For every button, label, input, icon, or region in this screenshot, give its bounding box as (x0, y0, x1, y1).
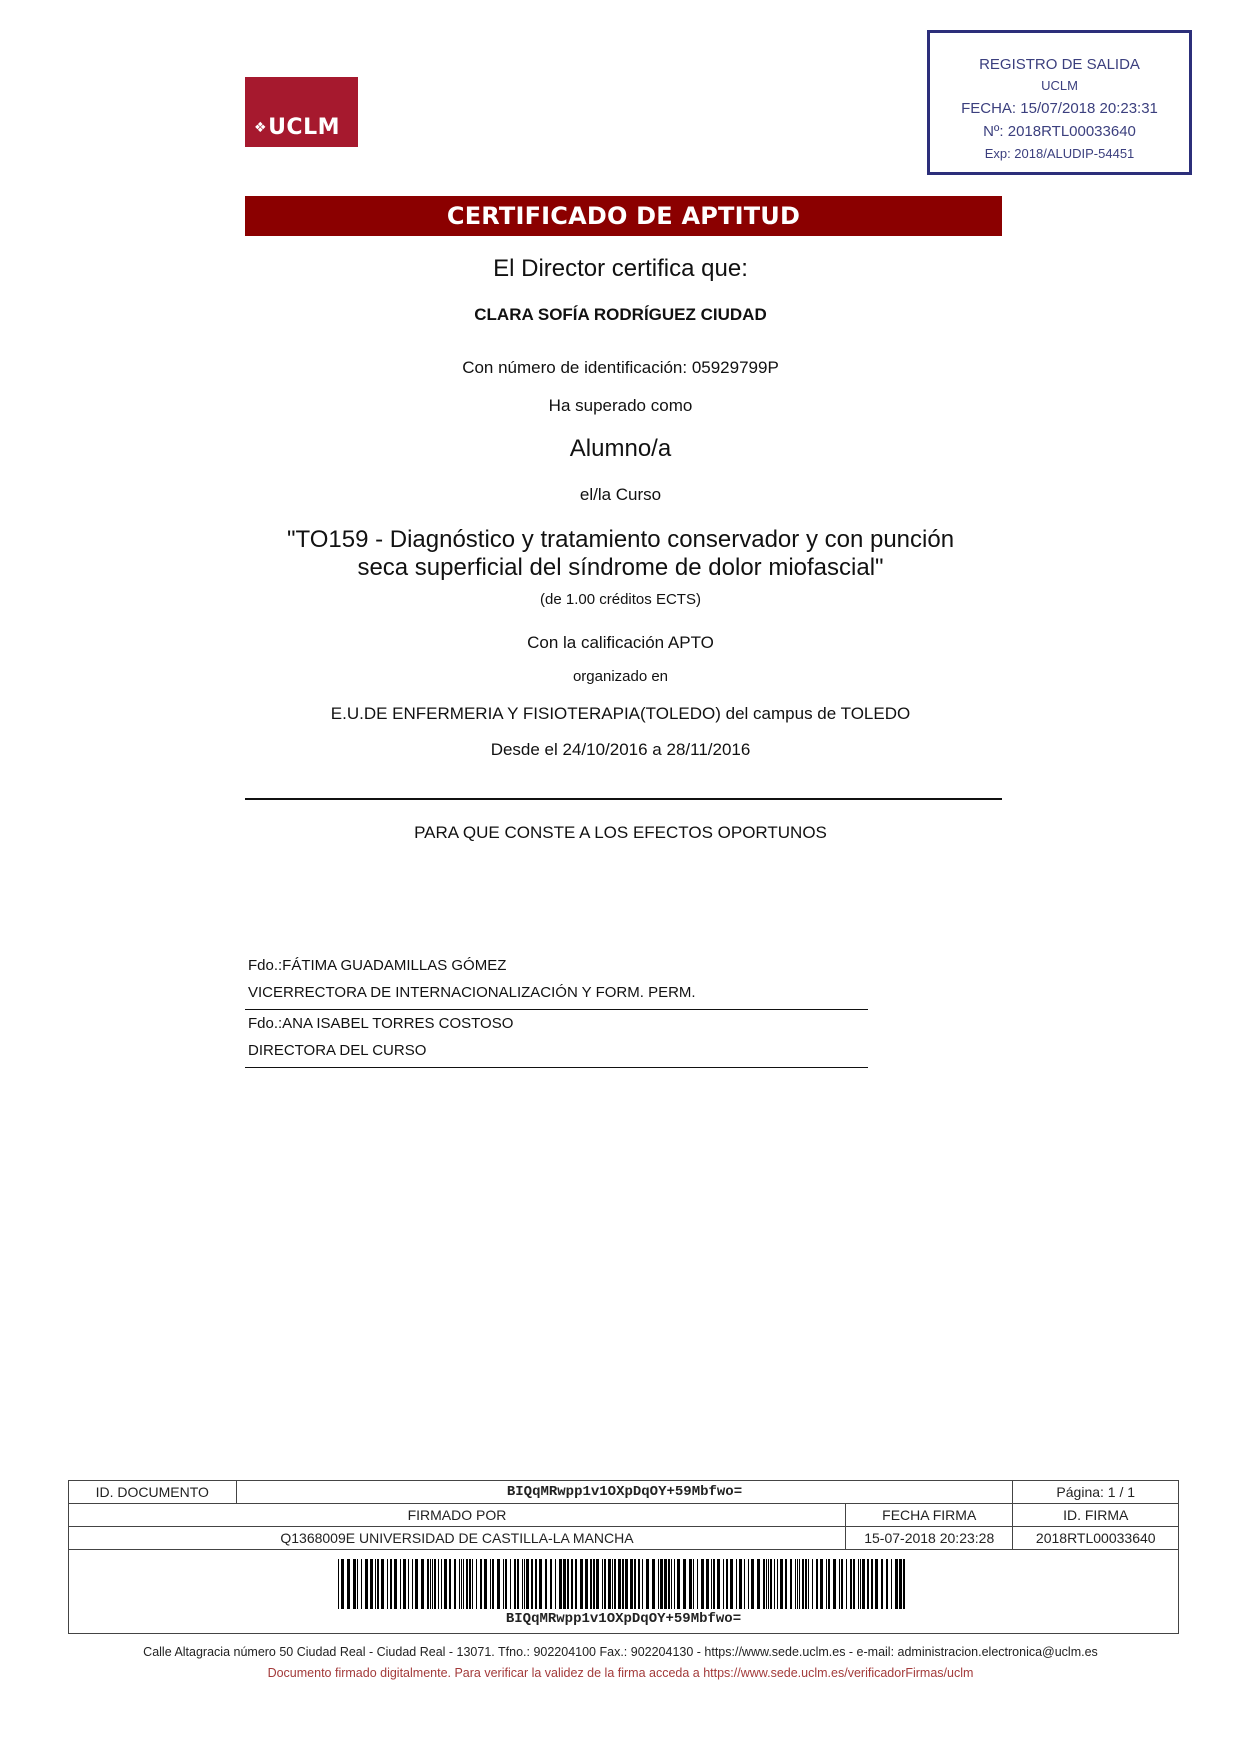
registro-expediente: Exp: 2018/ALUDIP-54451 (930, 147, 1189, 160)
barcode-text: BIQqMRwpp1v1OXpDqOY+59Mbfwo= (69, 1611, 1178, 1627)
signatory-1-role: VICERRECTORA DE INTERNACIONALIZACIÓN Y F… (248, 984, 696, 1001)
grade: Con la calificación APTO (0, 633, 1241, 653)
registro-org: UCLM (930, 79, 1189, 92)
uclm-emblem-icon: ❖ (254, 120, 267, 136)
signatory-2-role: DIRECTORA DEL CURSO (248, 1042, 426, 1059)
signatory-2-name: Fdo.:ANA ISABEL TORRES COSTOSO (248, 1015, 513, 1032)
course-label: el/la Curso (0, 485, 1241, 505)
registro-salida-stamp: REGISTRO DE SALIDA UCLM FECHA: 15/07/201… (927, 30, 1192, 175)
id-documento-value: BIQqMRwpp1v1OXpDqOY+59Mbfwo= (236, 1481, 1013, 1504)
divider (245, 798, 1002, 800)
firmado-por-value: Q1368009E UNIVERSIDAD DE CASTILLA-LA MAN… (69, 1527, 846, 1550)
identification-number: Con número de identificación: 05929799P (0, 358, 1241, 378)
logo-wordmark: ❖UCLM (254, 115, 340, 140)
certificate-title-banner: CERTIFICADO DE APTITUD (245, 196, 1002, 236)
fecha-firma-label: FECHA FIRMA (845, 1504, 1013, 1527)
signature-divider (245, 1067, 868, 1068)
page-indicator: Página: 1 / 1 (1013, 1481, 1179, 1504)
footer-address: Calle Altagracia número 50 Ciudad Real -… (0, 1645, 1241, 1659)
closing-statement: PARA QUE CONSTE A LOS EFECTOS OPORTUNOS (0, 823, 1241, 843)
course-credits: (de 1.00 créditos ECTS) (0, 591, 1241, 608)
organizing-center: E.U.DE ENFERMERIA Y FISIOTERAPIA(TOLEDO)… (0, 704, 1241, 724)
course-title-line2: seca superficial del síndrome de dolor m… (0, 554, 1241, 582)
recipient-name: CLARA SOFÍA RODRÍGUEZ CIUDAD (0, 305, 1241, 325)
firmado-por-label: FIRMADO POR (69, 1504, 846, 1527)
signature-divider (245, 1009, 868, 1010)
course-title: "TO159 - Diagnóstico y tratamiento conse… (0, 526, 1241, 582)
id-documento-label: ID. DOCUMENTO (69, 1481, 237, 1504)
registro-fecha: FECHA: 15/07/2018 20:23:31 (930, 101, 1189, 116)
registro-title: REGISTRO DE SALIDA (930, 57, 1189, 72)
footer-verification-note: Documento firmado digitalmente. Para ver… (0, 1666, 1241, 1680)
passed-as-label: Ha superado como (0, 396, 1241, 416)
role: Alumno/a (0, 435, 1241, 463)
organized-in-label: organizado en (0, 668, 1241, 685)
barcode-cell: BIQqMRwpp1v1OXpDqOY+59Mbfwo= (69, 1550, 1179, 1634)
registro-numero: Nº: 2018RTL00033640 (930, 124, 1189, 139)
id-firma-label: ID. FIRMA (1013, 1504, 1179, 1527)
signatory-1-name: Fdo.:FÁTIMA GUADAMILLAS GÓMEZ (248, 957, 506, 974)
barcode-icon (338, 1559, 910, 1609)
course-title-line1: "TO159 - Diagnóstico y tratamiento conse… (0, 526, 1241, 554)
uclm-logo: ❖UCLM (245, 77, 358, 147)
director-statement: El Director certifica que: (0, 255, 1241, 283)
course-dates: Desde el 24/10/2016 a 28/11/2016 (0, 740, 1241, 760)
fecha-firma-value: 15-07-2018 20:23:28 (845, 1527, 1013, 1550)
signature-verification-table: ID. DOCUMENTO BIQqMRwpp1v1OXpDqOY+59Mbfw… (68, 1480, 1179, 1634)
id-firma-value: 2018RTL00033640 (1013, 1527, 1179, 1550)
logo-text: UCLM (268, 115, 340, 140)
